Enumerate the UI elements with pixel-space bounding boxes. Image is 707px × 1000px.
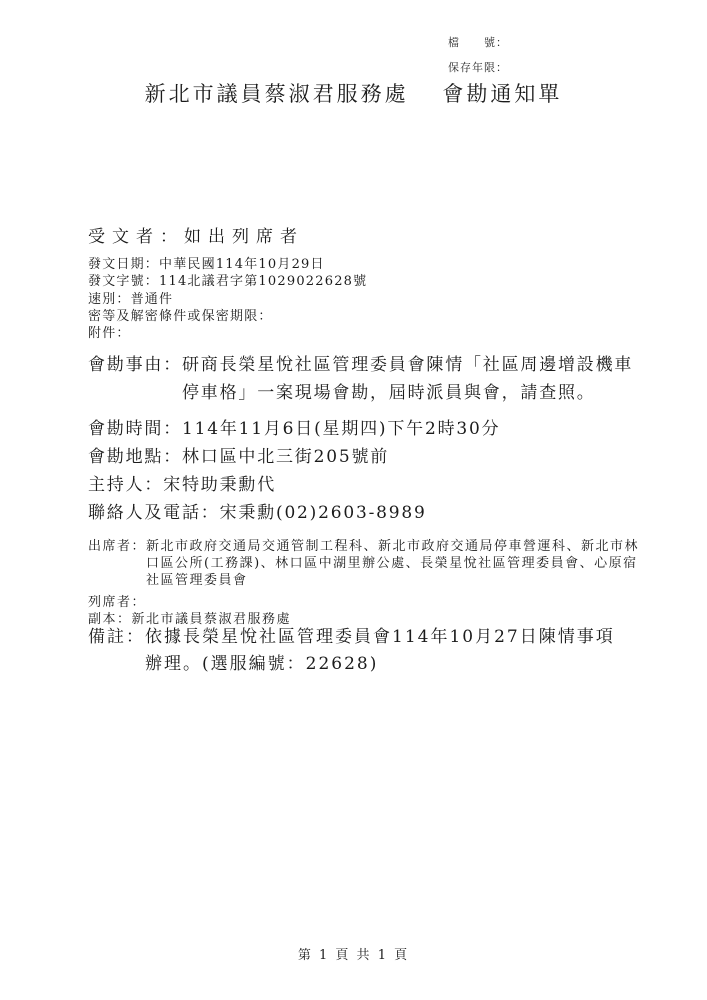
inspection-time-value: 114年11月6日(星期四)下午2時30分 bbox=[182, 415, 500, 443]
recipient-line: 受文者：如出列席者 bbox=[88, 222, 304, 247]
priority-row: 速別：普通件 bbox=[88, 291, 367, 308]
observers-row: 列席者： bbox=[88, 594, 644, 611]
retention-period-label: 保存年限： bbox=[448, 55, 508, 80]
file-number-block: 檔 號： 保存年限： bbox=[448, 30, 508, 80]
inspection-subject-value: 研商長榮星悅社區管理委員會陳情「社區周邊增設機車停車格」一案現場會勘，屆時派員與… bbox=[182, 351, 634, 407]
remarks-row: 備註： 依據長榮星悅社區管理委員會114年10月27日陳情事項辦理。(選服編號：… bbox=[88, 624, 627, 678]
file-number-label: 檔 號： bbox=[448, 30, 508, 55]
recipient-label: 受文者： bbox=[88, 227, 184, 247]
inspection-place-label: 會勘地點： bbox=[88, 443, 182, 471]
dispatch-meta-block: 發文日期：中華民國114年10月29日 發文字號：114北議君字第1029022… bbox=[88, 256, 367, 342]
security-label: 密等及解密條件或保密期限： bbox=[88, 309, 273, 324]
inspection-time-label: 會勘時間： bbox=[88, 415, 182, 443]
attendees-label: 出席者： bbox=[88, 538, 146, 555]
host-label: 主持人： bbox=[88, 471, 163, 499]
host-value: 宋特助秉勳代 bbox=[163, 471, 276, 499]
contact-row: 聯絡人及電話： 宋秉勳(02)2603-8989 bbox=[88, 499, 634, 527]
inspection-place-value: 林口區中北三街205號前 bbox=[182, 443, 389, 471]
document-page: 檔 號： 保存年限： 新北市議員蔡淑君服務處 會勘通知單 受文者：如出列席者 發… bbox=[0, 0, 707, 1000]
inspection-subject-row: 會勘事由： 研商長榮星悅社區管理委員會陳情「社區周邊增設機車停車格」一案現場會勘… bbox=[88, 351, 634, 407]
host-row: 主持人： 宋特助秉勳代 bbox=[88, 471, 634, 499]
contact-value: 宋秉勳(02)2603-8989 bbox=[220, 499, 427, 527]
observers-label: 列席者： bbox=[88, 594, 146, 611]
recipient-value: 如出列席者 bbox=[184, 227, 304, 247]
security-row: 密等及解密條件或保密期限： bbox=[88, 308, 367, 325]
attachment-label: 附件： bbox=[88, 326, 131, 341]
dispatch-number-value: 114北議君字第1029022628號 bbox=[159, 274, 367, 289]
remarks-label: 備註： bbox=[88, 624, 145, 651]
attendees-block: 出席者： 新北市政府交通局交通管制工程科、新北市政府交通局停車營運科、新北市林口… bbox=[88, 538, 644, 628]
contact-label: 聯絡人及電話： bbox=[88, 499, 220, 527]
inspection-fields-block: 會勘事由： 研商長榮星悅社區管理委員會陳情「社區周邊增設機車停車格」一案現場會勘… bbox=[88, 351, 634, 527]
priority-value: 普通件 bbox=[131, 292, 174, 307]
dispatch-date-label: 發文日期： bbox=[88, 257, 159, 272]
attachment-row: 附件： bbox=[88, 325, 367, 342]
inspection-place-row: 會勘地點： 林口區中北三街205號前 bbox=[88, 443, 634, 471]
page-title: 新北市議員蔡淑君服務處 會勘通知單 bbox=[0, 78, 707, 108]
dispatch-number-label: 發文字號： bbox=[88, 274, 159, 289]
dispatch-date-value: 中華民國114年10月29日 bbox=[159, 257, 325, 272]
inspection-time-row: 會勘時間： 114年11月6日(星期四)下午2時30分 bbox=[88, 415, 634, 443]
remarks-value: 依據長榮星悅社區管理委員會114年10月27日陳情事項辦理。(選服編號：2262… bbox=[145, 624, 627, 678]
attendees-row: 出席者： 新北市政府交通局交通管制工程科、新北市政府交通局停車營運科、新北市林口… bbox=[88, 538, 644, 589]
priority-label: 速別： bbox=[88, 292, 131, 307]
dispatch-number-row: 發文字號：114北議君字第1029022628號 bbox=[88, 273, 367, 290]
inspection-subject-label: 會勘事由： bbox=[88, 351, 182, 379]
attendees-value: 新北市政府交通局交通管制工程科、新北市政府交通局停車營運科、新北市林口區公所(工… bbox=[146, 538, 644, 589]
dispatch-date-row: 發文日期：中華民國114年10月29日 bbox=[88, 256, 367, 273]
page-footer: 第 1 頁 共 1 頁 bbox=[0, 944, 707, 963]
